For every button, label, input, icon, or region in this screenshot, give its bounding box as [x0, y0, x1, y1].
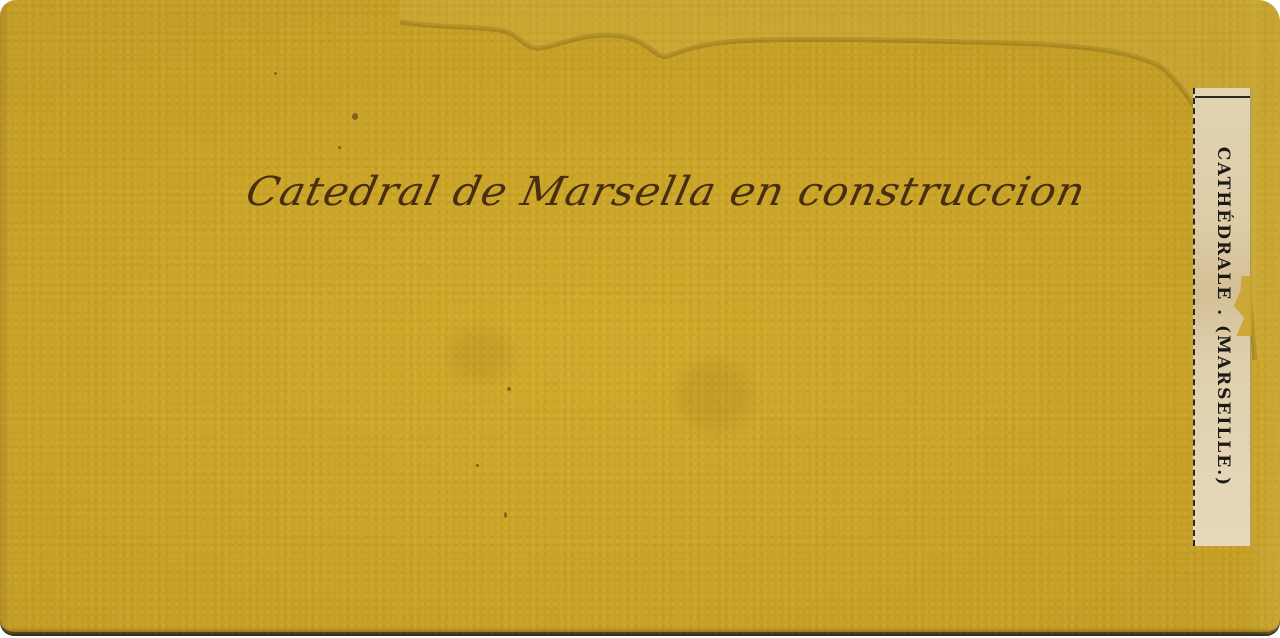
foxing-spot: [274, 72, 277, 75]
stereoview-card-back: Catedral de Marsella en construccion CAT…: [0, 0, 1280, 634]
card-bottom-edge: [0, 628, 1280, 634]
stain-blot: [680, 360, 750, 430]
label-text: CATHÉDRALE . (MARSEILLE.): [1213, 147, 1233, 487]
foxing-spot: [352, 113, 358, 120]
card-left-edge: [0, 0, 10, 634]
foxing-spot: [338, 146, 341, 149]
foxing-spot: [504, 512, 507, 518]
foxing-spot: [476, 464, 479, 467]
paper-texture: [0, 0, 1280, 634]
stain-blot: [450, 330, 510, 380]
printed-label-strip: CATHÉDRALE . (MARSEILLE.): [1193, 88, 1251, 546]
foxing-spot: [507, 387, 511, 391]
handwritten-inscription: Catedral de Marsella en construccion: [242, 168, 1090, 215]
